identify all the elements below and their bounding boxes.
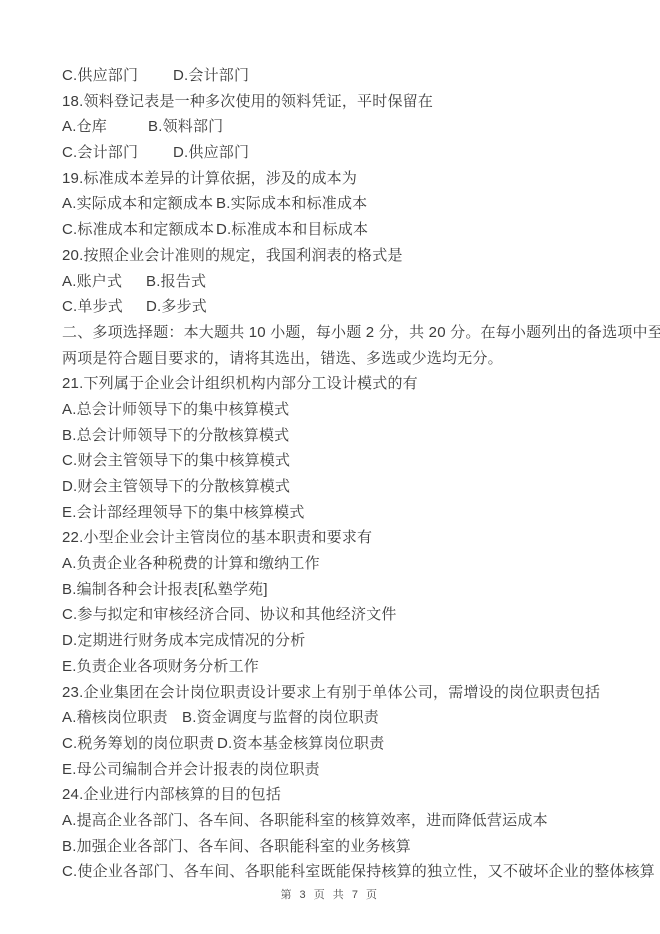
section-instructions-line: 两项是符合题目要求的，请将其选出，错选、多选或少选均无分。	[62, 346, 620, 372]
exam-page: C.供应部门D.会计部门18.领料登记表是一种多次使用的领料凭证，平时保留在A.…	[0, 0, 660, 934]
question-stem: 18.领料登记表是一种多次使用的领料凭证，平时保留在	[62, 89, 620, 115]
question-stem: 19.标准成本差异的计算依据，涉及的成本为	[62, 166, 620, 192]
option-text: C.税务筹划的岗位职责	[62, 731, 217, 757]
exam-page-content: C.供应部门D.会计部门18.领料登记表是一种多次使用的领料凭证，平时保留在A.…	[62, 63, 620, 885]
options-row: C.单步式D.多步式	[62, 294, 620, 320]
option-text: B.领料部门	[148, 118, 223, 135]
options-row: A.账户式B.报告式	[62, 269, 620, 295]
option-text: C.供应部门	[62, 63, 173, 89]
option-text: D.标准成本和目标成本	[216, 221, 368, 238]
option-text-line: A.总会计师领导下的集中核算模式	[62, 397, 620, 423]
option-text-line: D.财会主管领导下的分散核算模式	[62, 474, 620, 500]
option-text-line: B.总会计师领导下的分散核算模式	[62, 423, 620, 449]
option-text: B.报告式	[146, 273, 206, 290]
option-text-line: A.负责企业各种税费的计算和缴纳工作	[62, 551, 620, 577]
options-row: A.稽核岗位职责B.资金调度与监督的岗位职责	[62, 705, 620, 731]
option-text-line: E.会计部经理领导下的集中核算模式	[62, 500, 620, 526]
option-text: D.多步式	[146, 298, 207, 315]
options-row: A.实际成本和定额成本B.实际成本和标准成本	[62, 191, 620, 217]
option-text: A.仓库	[62, 114, 148, 140]
option-text: C.标准成本和定额成本	[62, 217, 216, 243]
options-row: C.标准成本和定额成本D.标准成本和目标成本	[62, 217, 620, 243]
option-text: A.实际成本和定额成本	[62, 191, 216, 217]
options-row: A.仓库B.领料部门	[62, 114, 620, 140]
options-row: C.税务筹划的岗位职责D.资本基金核算岗位职责	[62, 731, 620, 757]
option-text-line: B.加强企业各部门、各车间、各职能科室的业务核算	[62, 834, 620, 860]
option-text: D.会计部门	[173, 67, 249, 84]
option-text: C.单步式	[62, 294, 146, 320]
question-stem: 24.企业进行内部核算的目的包括	[62, 782, 620, 808]
option-text: A.账户式	[62, 269, 146, 295]
option-text: B.实际成本和标准成本	[216, 195, 367, 212]
option-text-line: D.定期进行财务成本完成情况的分析	[62, 628, 620, 654]
question-stem: 22.小型企业会计主管岗位的基本职责和要求有	[62, 525, 620, 551]
question-stem: 20.按照企业会计准则的规定，我国利润表的格式是	[62, 243, 620, 269]
option-text-line: E.母公司编制合并会计报表的岗位职责	[62, 757, 620, 783]
option-text-line: B.编制各种会计报表[私塾学苑]	[62, 577, 620, 603]
option-text: D.供应部门	[173, 144, 249, 161]
option-text: A.稽核岗位职责	[62, 705, 182, 731]
section-instructions-line: 二、多项选择题：本大题共 10 小题，每小题 2 分，共 20 分。在每小题列出…	[62, 320, 620, 346]
page-number-footer: 第 3 页 共 7 页	[0, 886, 660, 902]
option-text: B.资金调度与监督的岗位职责	[182, 709, 379, 726]
option-text-line: C.参与拟定和审核经济合同、协议和其他经济文件	[62, 602, 620, 628]
options-row: C.会计部门D.供应部门	[62, 140, 620, 166]
option-text-line: C.使企业各部门、各车间、各职能科室既能保持核算的独立性，又不破坏企业的整体核算	[62, 859, 620, 885]
option-text: C.会计部门	[62, 140, 173, 166]
option-text-line: A.提高企业各部门、各车间、各职能科室的核算效率，进而降低营运成本	[62, 808, 620, 834]
option-text: D.资本基金核算岗位职责	[217, 735, 384, 752]
question-stem: 23.企业集团在会计岗位职责设计要求上有别于单体公司，需增设的岗位职责包括	[62, 680, 620, 706]
option-text-line: E.负责企业各项财务分析工作	[62, 654, 620, 680]
question-stem: 21.下列属于企业会计组织机构内部分工设计模式的有	[62, 371, 620, 397]
option-text-line: C.财会主管领导下的集中核算模式	[62, 448, 620, 474]
options-row: C.供应部门D.会计部门	[62, 63, 620, 89]
